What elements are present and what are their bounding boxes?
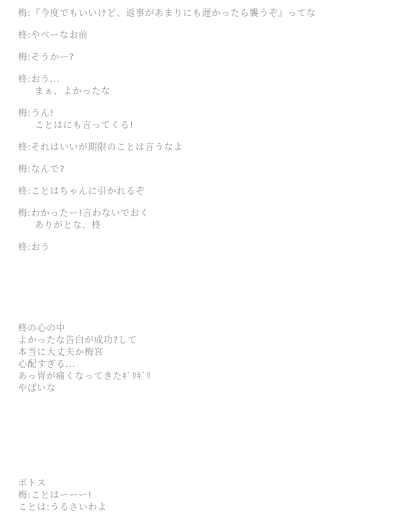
dialogue-turn: 柊:それはいいが期限のことは言うなよ: [18, 142, 399, 154]
script-line: 梅:うん!: [18, 108, 399, 120]
script-line-continuation: まぁ、よかったな: [18, 86, 399, 98]
script-line-continuation: ことはにも言ってくる!: [18, 120, 399, 132]
monologue-line: 本当に大丈夫か梅宮: [18, 347, 399, 359]
dialogue-turn: 柊:ことはちゃんに引かれるぞ: [18, 186, 399, 198]
monologue-line: やばいな: [18, 383, 399, 395]
monologue-line: 心配すぎる...: [18, 359, 399, 371]
scene-block: ポトス 梅:ことはーーー! ことは:うるさいわよ: [18, 478, 399, 512]
script-line: 柊:おう...: [18, 74, 399, 86]
script-line: 柊:ことはちゃんに引かれるぞ: [18, 186, 399, 198]
script-line: 梅:ことはーーー!: [18, 490, 399, 502]
dialogue-turn: 梅:そうかー?: [18, 52, 399, 64]
script-line: 梅:わかったー!言わないでおく: [18, 208, 399, 220]
script-line: 梅:なんで?: [18, 164, 399, 176]
dialogue-turn: 梅:なんで?: [18, 164, 399, 176]
monologue-line: あっ胃が痛くなってきたｷﾞﾘｷﾞﾘ: [18, 371, 399, 383]
script-line: 柊:それはいいが期限のことは言うなよ: [18, 142, 399, 154]
script-line: 柊:おう: [18, 242, 399, 254]
dialogue-turn: 柊:おう: [18, 242, 399, 254]
script-line: ことは:うるさいわよ: [18, 502, 399, 512]
script-line: 柊:やべーなお前: [18, 30, 399, 42]
dialogue-turn: 梅:『今度でもいいけど、返事があまりにも遅かったら襲うぞ』ってな: [18, 8, 399, 20]
dialogue-turn: 梅:わかったー!言わないでおく ありがとな、柊: [18, 208, 399, 232]
dialogue-turn: 柊:おう... まぁ、よかったな: [18, 74, 399, 98]
script-line: 梅:『今度でもいいけど、返事があまりにも遅かったら襲うぞ』ってな: [18, 8, 399, 20]
monologue-line: よかったな告白が成功?して: [18, 335, 399, 347]
monologue-block: 柊の心の中 よかったな告白が成功?して 本当に大丈夫か梅宮 心配すぎる... あ…: [18, 323, 399, 395]
script-line: 梅:そうかー?: [18, 52, 399, 64]
dialogue-turn: 柊:やべーなお前: [18, 30, 399, 42]
dialogue-turn: 梅:うん! ことはにも言ってくる!: [18, 108, 399, 132]
scene-heading: ポトス: [18, 478, 399, 490]
script-page: 梅:『今度でもいいけど、返事があまりにも遅かったら襲うぞ』ってな 柊:やべーなお…: [0, 0, 409, 512]
script-line-continuation: ありがとな、柊: [18, 220, 399, 232]
monologue-heading: 柊の心の中: [18, 323, 399, 335]
